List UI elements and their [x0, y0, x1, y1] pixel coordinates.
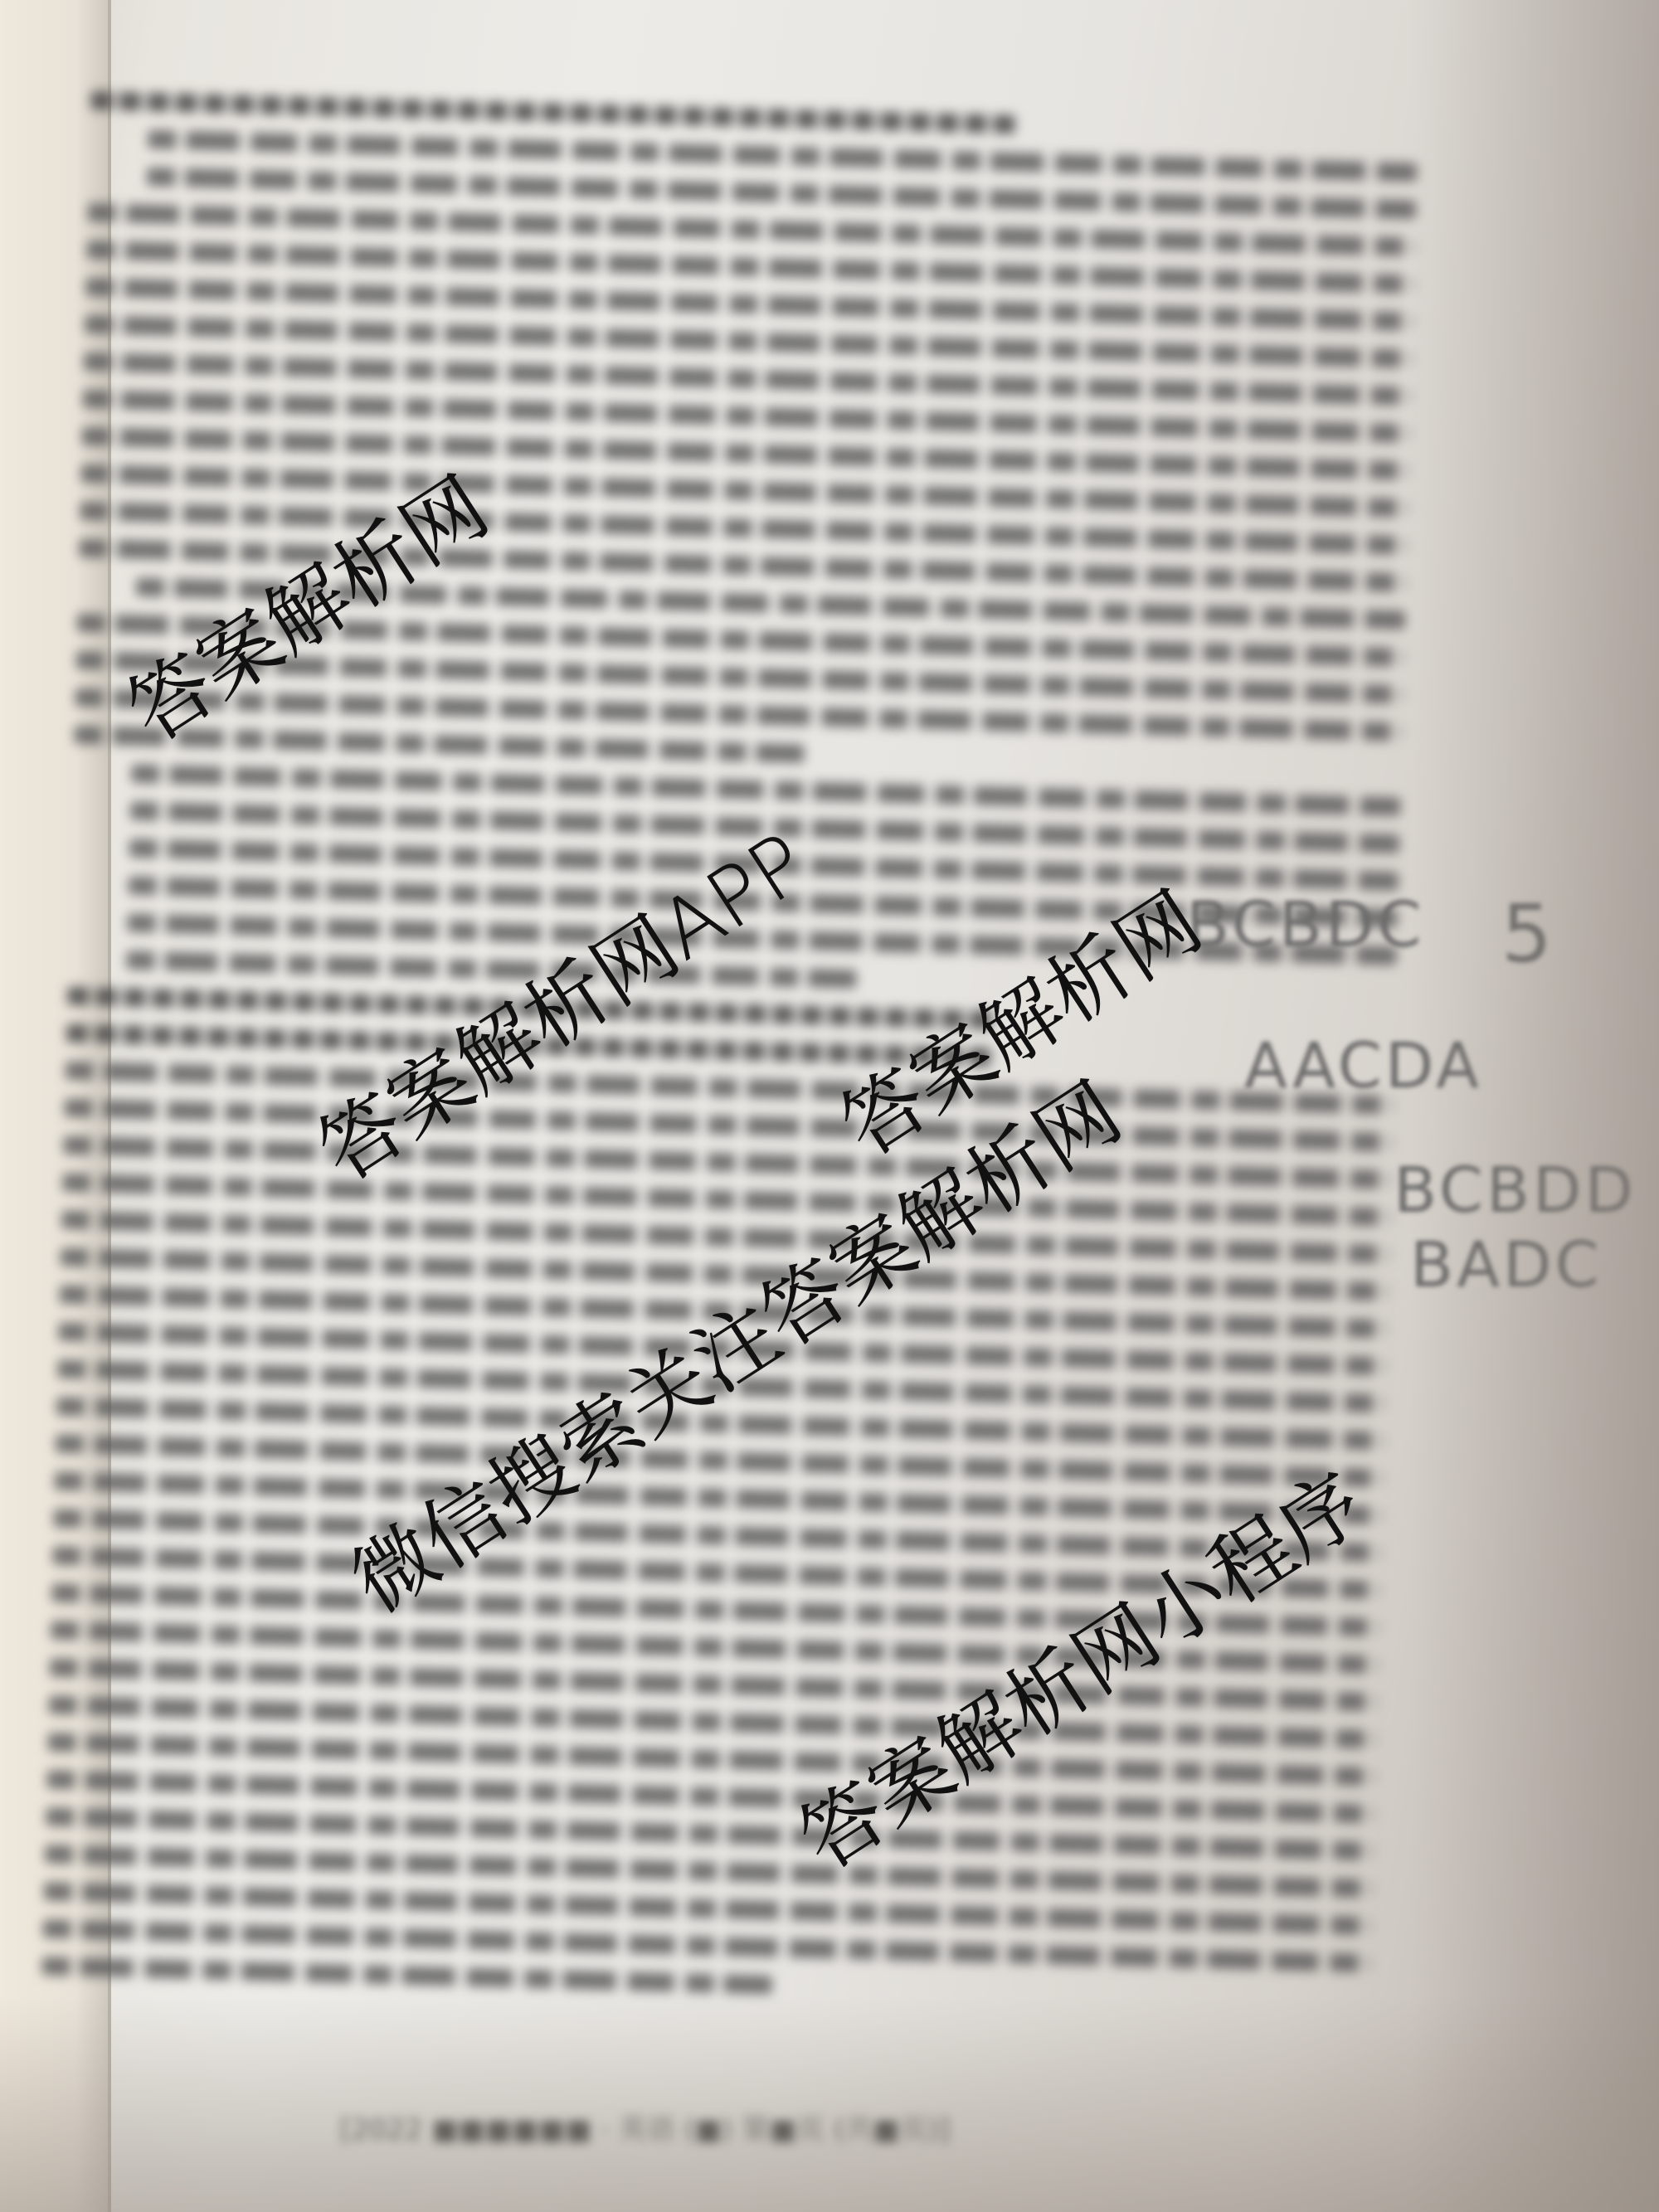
page-shadow-right: [1410, 0, 1659, 2212]
exam-body-text: [41, 91, 1418, 2029]
page-shadow-bottom: [0, 1996, 1659, 2212]
handwritten-answer: BCBDC: [1186, 887, 1425, 961]
